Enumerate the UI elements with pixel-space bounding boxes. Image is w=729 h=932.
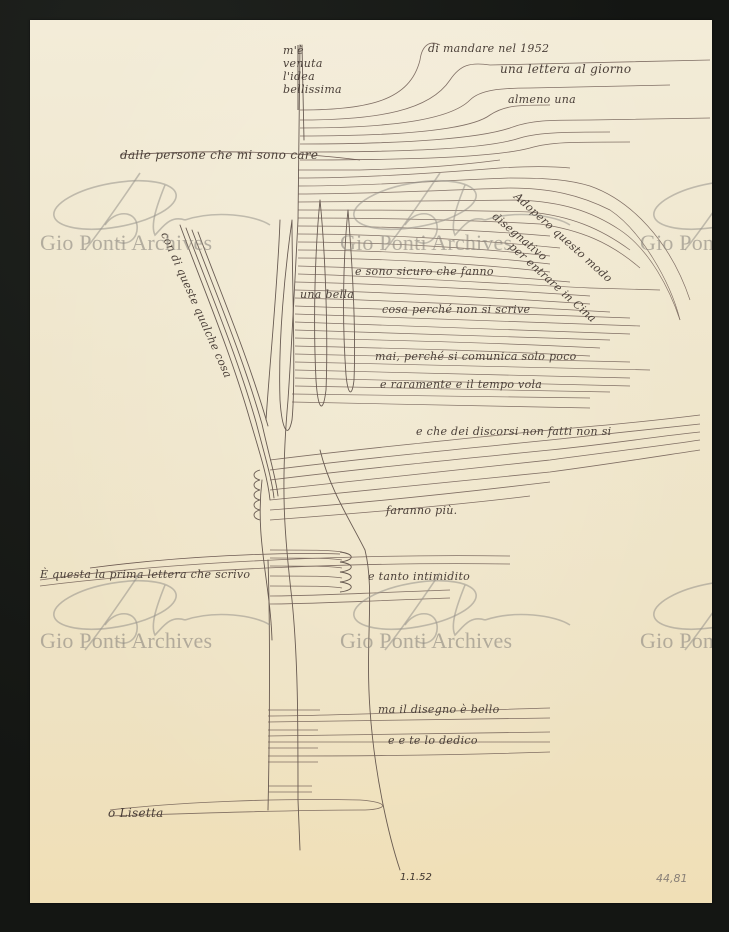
watermark-text: Gio Ponti Archives (40, 628, 212, 654)
handwriting-line: e sono sicuro che fanno (355, 265, 494, 278)
handwriting-line: dalle persone che mi sono care (120, 148, 318, 162)
handwriting-line: ma il disegno è bello (378, 703, 500, 716)
handwriting-line: almeno una (508, 93, 576, 106)
watermark-text: Gio Ponti Archives (340, 628, 512, 654)
handwriting-line: l'idea (283, 70, 315, 83)
handwriting-line: mai, perché si comunica solo poco (375, 350, 577, 363)
handwriting-line: una bella (300, 288, 354, 301)
handwriting-line: e raramente e il tempo vola (380, 378, 542, 391)
watermark-text: Gio Ponti Archives (640, 628, 712, 654)
handwriting-line: m'è (283, 44, 304, 57)
handwriting-line: una lettera al giorno (500, 62, 631, 76)
watermark-text: Gio Ponti Archives (40, 230, 212, 256)
handwriting-line: bellissima (283, 83, 342, 96)
watermark-text: Gio Ponti Archives (340, 230, 512, 256)
handwriting-line: faranno più. (386, 504, 457, 517)
handwriting-line: cosa perché non si scrive (382, 303, 530, 316)
handwriting-line: venuta (283, 57, 323, 70)
signature: o Lisetta (108, 806, 164, 820)
watermark-text: Gio Ponti Archives (640, 230, 712, 256)
handwriting-line: e che dei discorsi non fatti non si (416, 425, 611, 438)
date-annotation: 1.1.52 (400, 872, 432, 883)
archive-number: 44,81 (656, 872, 688, 885)
handwriting-line: e e te lo dedico (388, 734, 478, 747)
handwriting-line: di mandare nel 1952 (428, 42, 549, 55)
letter-sheet: m'è venuta l'idea bellissima di mandare … (30, 20, 712, 903)
